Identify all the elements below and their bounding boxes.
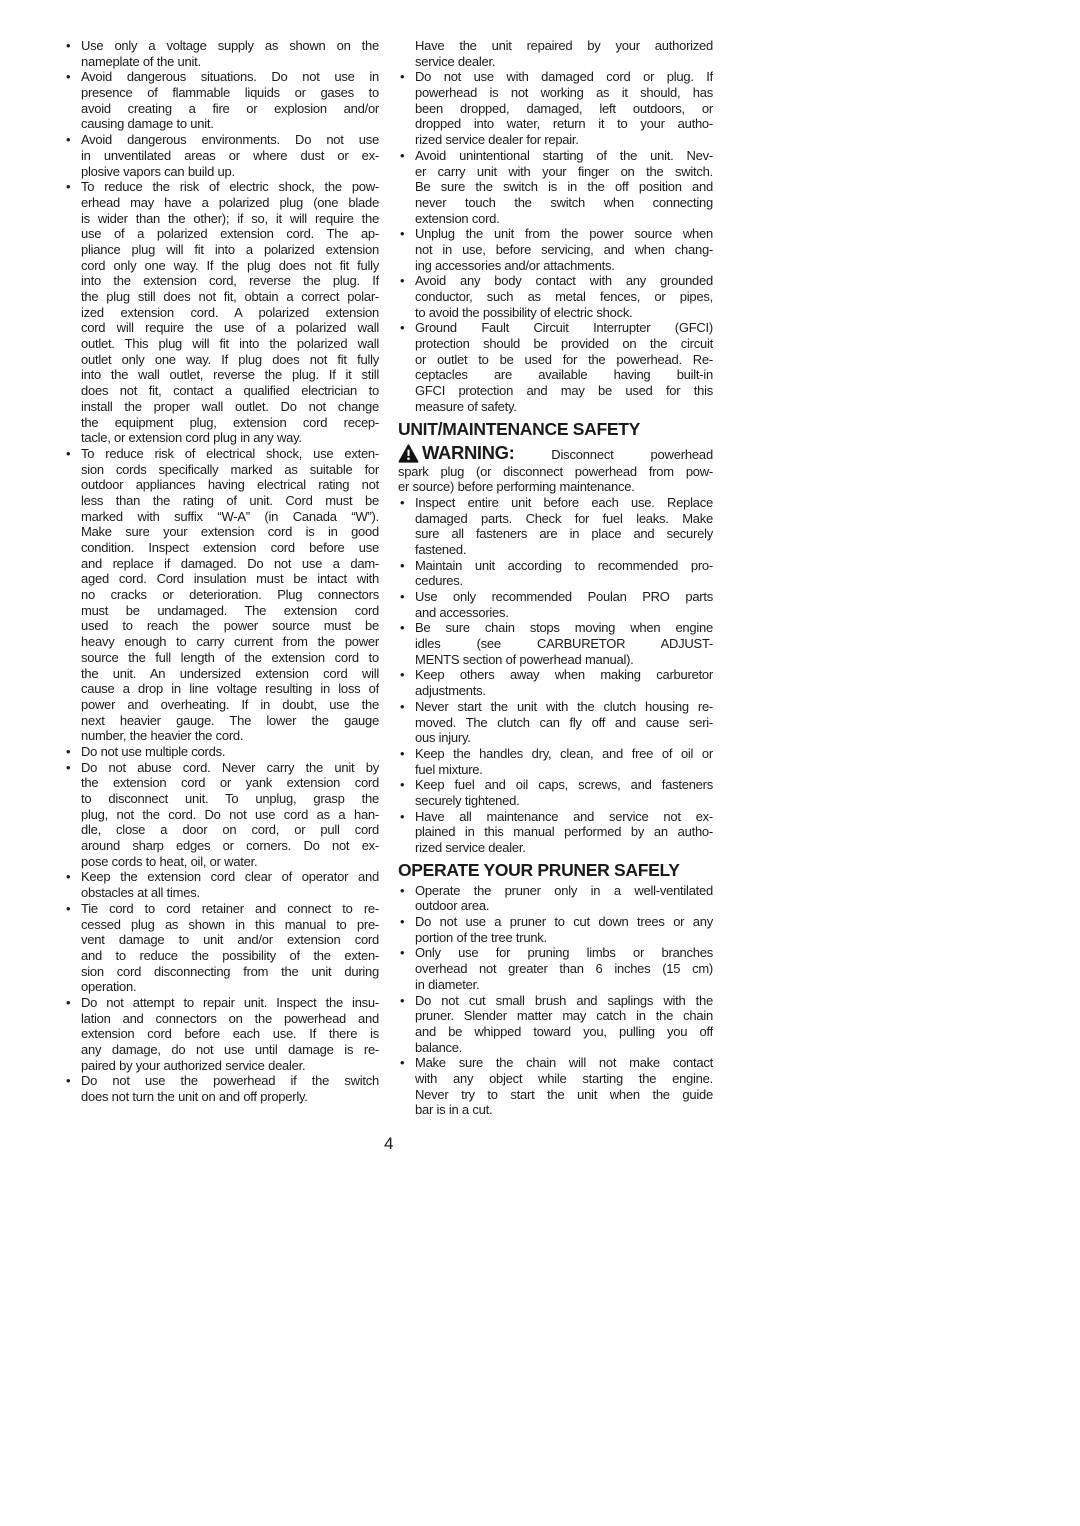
text-line: measure of safety. (415, 399, 713, 415)
bullet-marker: • (64, 69, 81, 85)
bullet-marker: • (64, 1073, 81, 1089)
bullet-item: •Tie cord to cord retainer and connect t… (64, 901, 379, 995)
bullet-item: •Be sure chain stops moving when enginei… (398, 620, 713, 667)
text-line: extension cord before each use. If there… (81, 1026, 379, 1042)
item-text: Keep the extension cord clear of operato… (81, 869, 379, 900)
text-line: balance. (415, 1040, 713, 1056)
bullet-item: •Use only a voltage supply as shown on t… (64, 38, 379, 69)
bullet-item: •Do not use the powerhead if the switchd… (64, 1073, 379, 1104)
text-line: Operate the pruner only in a well-ventil… (415, 883, 713, 899)
text-line: conductor, such as metal fences, or pipe… (415, 289, 713, 305)
bullet-item: •Do not use a pruner to cut down trees o… (398, 914, 713, 945)
warning-triangle-icon (398, 444, 419, 463)
item-text: Do not use a pruner to cut down trees or… (415, 914, 713, 945)
text-line: into the extension cord, reverse the plu… (81, 273, 379, 289)
text-line: Avoid dangerous situations. Do not use i… (81, 69, 379, 85)
bullet-marker: • (64, 760, 81, 776)
text-line: Do not use with damaged cord or plug. If (415, 69, 713, 85)
text-line: to disconnect unit. To unplug, grasp the (81, 791, 379, 807)
text-line: nameplate of the unit. (81, 54, 379, 70)
section-heading: UNIT/MAINTENANCE SAFETY (398, 420, 713, 439)
text-line: never touch the switch when connecting (415, 195, 713, 211)
text-line: Have the unit repaired by your authorize… (415, 38, 713, 54)
bullet-item: •Inspect entire unit before each use. Re… (398, 495, 713, 558)
bullet-marker: • (64, 38, 81, 54)
bullet-item: •Never start the unit with the clutch ho… (398, 699, 713, 746)
text-line: outdoor appliances having electrical rat… (81, 477, 379, 493)
bullet-marker: • (398, 914, 415, 930)
warning-first-line: WARNING: Disconnect powerhead (398, 442, 713, 464)
text-line: damaged parts. Check for fuel leaks. Mak… (415, 511, 713, 527)
text-line: overhead not greater than 6 inches (15 c… (415, 961, 713, 977)
text-line: Be sure the switch is in the off positio… (415, 179, 713, 195)
text-line: presence of flammable liquids or gases t… (81, 85, 379, 101)
bullet-marker: • (398, 273, 415, 289)
bullet-marker: • (398, 558, 415, 574)
text-line: does not fit, contact a qualified electr… (81, 383, 379, 399)
text-line: To reduce risk of electrical shock, use … (81, 446, 379, 462)
text-line: Be sure chain stops moving when engine (415, 620, 713, 636)
text-line: been dropped, damaged, left outdoors, or (415, 101, 713, 117)
bullet-item: •Keep the handles dry, clean, and free o… (398, 746, 713, 777)
text-line: heavy enough to carry current from the p… (81, 634, 379, 650)
item-text: Operate the pruner only in a well-ventil… (415, 883, 713, 914)
item-text: Do not attempt to repair unit. Inspect t… (81, 995, 379, 1073)
text-line: Inspect entire unit before each use. Rep… (415, 495, 713, 511)
text-line: Only use for pruning limbs or branches (415, 945, 713, 961)
text-line: powerhead is not working as it should, h… (415, 85, 713, 101)
text-line: and accessories. (415, 605, 713, 621)
text-line: er source) before performing maintenance… (398, 479, 713, 495)
text-line: is wider than the other); if so, it will… (81, 211, 379, 227)
text-line: Keep fuel and oil caps, screws, and fast… (415, 777, 713, 793)
text-line: ceptacles are available having built-in (415, 367, 713, 383)
item-text: Use only recommended Poulan PRO partsand… (415, 589, 713, 620)
text-line: Use only a voltage supply as shown on th… (81, 38, 379, 54)
text-line: Do not use multiple cords. (81, 744, 379, 760)
text-line: Do not use a pruner to cut down trees or… (415, 914, 713, 930)
bullet-marker: • (398, 809, 415, 825)
text-line: lation and connectors on the powerhead a… (81, 1011, 379, 1027)
text-line: Do not attempt to repair unit. Inspect t… (81, 995, 379, 1011)
section-heading: OPERATE YOUR PRUNER SAFELY (398, 861, 713, 880)
text-line: fuel mixture. (415, 762, 713, 778)
bullet-marker: • (398, 945, 415, 961)
text-line: Avoid any body contact with any grounded (415, 273, 713, 289)
text-line: into the wall outlet, reverse the plug. … (81, 367, 379, 383)
bullet-item: •Only use for pruning limbs or brancheso… (398, 945, 713, 992)
text-line: adjustments. (415, 683, 713, 699)
text-line: er carry unit with your finger on the sw… (415, 164, 713, 180)
text-line: vent damage to unit and/or extension cor… (81, 932, 379, 948)
bullet-marker: • (398, 667, 415, 683)
text-line: causing damage to unit. (81, 116, 379, 132)
bullet-item: •Have all maintenance and service not ex… (398, 809, 713, 856)
text-line: the unit. An undersized extension cord w… (81, 666, 379, 682)
bullet-item: •Do not attempt to repair unit. Inspect … (64, 995, 379, 1073)
item-text: Make sure the chain will not make contac… (415, 1055, 713, 1118)
text-line: Make sure the chain will not make contac… (415, 1055, 713, 1071)
bullet-item: •Keep the extension cord clear of operat… (64, 869, 379, 900)
bullet-marker: • (398, 226, 415, 242)
bullet-item: •Do not use multiple cords. (64, 744, 379, 760)
text-line: rized service dealer for repair. (415, 132, 713, 148)
bullet-marker: • (64, 995, 81, 1011)
item-text: Tie cord to cord retainer and connect to… (81, 901, 379, 995)
text-line: the equipment plug, extension cord recep… (81, 415, 379, 431)
bullet-item: •Keep fuel and oil caps, screws, and fas… (398, 777, 713, 808)
bullet-marker: • (398, 620, 415, 636)
text-line: Avoid unintentional starting of the unit… (415, 148, 713, 164)
bullet-marker: • (398, 777, 415, 793)
continuation-paragraph: Have the unit repaired by your authorize… (398, 38, 713, 69)
text-line: Do not use the powerhead if the switch (81, 1073, 379, 1089)
text-line: bar is in a cut. (415, 1102, 713, 1118)
text-line: the extension cord or yank extension cor… (81, 775, 379, 791)
text-line: dle, close a door on cord, or pull cord (81, 822, 379, 838)
text-line: moved. The clutch can fly off and cause … (415, 715, 713, 731)
bullet-item: •Avoid unintentional starting of the uni… (398, 148, 713, 226)
text-line: portion of the tree trunk. (415, 930, 713, 946)
text-line: service dealer. (415, 54, 713, 70)
text-line: source the full length of the extension … (81, 650, 379, 666)
bullet-marker: • (64, 132, 81, 148)
text-line: GFCI protection and may be used for this (415, 383, 713, 399)
warning-label: WARNING: (422, 442, 514, 463)
text-line: Use only recommended Poulan PRO parts (415, 589, 713, 605)
bullet-marker: • (398, 320, 415, 336)
text-line: pruner. Slender matter may catch in the … (415, 1008, 713, 1024)
bullet-item: •Do not cut small brush and saplings wit… (398, 993, 713, 1056)
text-line: Tie cord to cord retainer and connect to… (81, 901, 379, 917)
text-line: Have all maintenance and service not ex- (415, 809, 713, 825)
item-text: Ground Fault Circuit Interrupter (GFCI)p… (415, 320, 713, 414)
text-line: in unventilated areas or where dust or e… (81, 148, 379, 164)
text-line: marked with suffix “W-A” (in Canada “W”)… (81, 509, 379, 525)
text-line: Maintain unit according to recommended p… (415, 558, 713, 574)
text-line: rized service dealer. (415, 840, 713, 856)
item-text: Do not abuse cord. Never carry the unit … (81, 760, 379, 870)
bullet-item: •Make sure the chain will not make conta… (398, 1055, 713, 1118)
text-line: sure all fasteners are in place and secu… (415, 526, 713, 542)
bullet-marker: • (64, 869, 81, 885)
item-text: Do not use with damaged cord or plug. If… (415, 69, 713, 147)
text-line: outlet only one way. If plug does not fi… (81, 352, 379, 368)
item-text: Use only a voltage supply as shown on th… (81, 38, 379, 69)
text-line: not in use, before servicing, and when c… (415, 242, 713, 258)
text-line: tacle, or extension cord plug in any way… (81, 430, 379, 446)
text-line: pose cords to heat, oil, or water. (81, 854, 379, 870)
text-line: Unplug the unit from the power source wh… (415, 226, 713, 242)
bullet-marker: • (64, 179, 81, 195)
text-line: idles (see CARBURETOR ADJUST- (415, 636, 713, 652)
bullet-item: •Avoid dangerous environments. Do not us… (64, 132, 379, 179)
text-line: sion cords specifically marked as suitab… (81, 462, 379, 478)
text-line: no cracks or deterioration. Plug connect… (81, 587, 379, 603)
text-line: number, the heavier the cord. (81, 728, 379, 744)
text-line: spark plug (or disconnect powerhead from… (398, 464, 713, 480)
text-line: To reduce the risk of electric shock, th… (81, 179, 379, 195)
item-text: Do not use the powerhead if the switchdo… (81, 1073, 379, 1104)
bullet-marker: • (398, 699, 415, 715)
text-line: cessed plug as shown in this manual to p… (81, 917, 379, 933)
text-line: cause a drop in line voltage resulting i… (81, 681, 379, 697)
bullet-item: •Do not use with damaged cord or plug. I… (398, 69, 713, 147)
text-line: cedures. (415, 573, 713, 589)
item-text: To reduce the risk of electric shock, th… (81, 179, 379, 446)
text-line: erhead may have a polarized plug (one bl… (81, 195, 379, 211)
text-line: aged cord. Cord insulation must be intac… (81, 571, 379, 587)
bullet-marker: • (398, 148, 415, 164)
item-text: Keep fuel and oil caps, screws, and fast… (415, 777, 713, 808)
text-line: Make sure your extension cord is in good (81, 524, 379, 540)
text-line: Do not cut small brush and saplings with… (415, 993, 713, 1009)
text-line: in diameter. (415, 977, 713, 993)
bullet-item: •Do not abuse cord. Never carry the unit… (64, 760, 379, 870)
bullet-marker: • (398, 589, 415, 605)
text-line: install the proper wall outlet. Do not c… (81, 399, 379, 415)
item-text: Avoid unintentional starting of the unit… (415, 148, 713, 226)
bullet-item: •Avoid dangerous situations. Do not use … (64, 69, 379, 132)
bullet-marker: • (398, 746, 415, 762)
warning-block: WARNING: Disconnect powerheadspark plug … (398, 442, 713, 495)
text-line: ous injury. (415, 730, 713, 746)
item-text: To reduce risk of electrical shock, use … (81, 446, 379, 744)
bullet-item: •Keep others away when making carburetor… (398, 667, 713, 698)
item-text: Have all maintenance and service not ex-… (415, 809, 713, 856)
bullet-item: •To reduce risk of electrical shock, use… (64, 446, 379, 744)
text-line: outdoor area. (415, 898, 713, 914)
item-text: Avoid dangerous situations. Do not use i… (81, 69, 379, 132)
manual-page: •Use only a voltage supply as shown on t… (0, 0, 1080, 1526)
item-text: Avoid any body contact with any grounded… (415, 273, 713, 320)
text-line: operation. (81, 979, 379, 995)
text-line: cord only one way. If the plug does not … (81, 258, 379, 274)
item-text: Be sure chain stops moving when engineid… (415, 620, 713, 667)
text-line: any damage, do not use until damage is r… (81, 1042, 379, 1058)
text-line: and to reduce the possibility of the ext… (81, 948, 379, 964)
text-line: less than the rating of unit. Cord must … (81, 493, 379, 509)
text-line: Ground Fault Circuit Interrupter (GFCI) (415, 320, 713, 336)
text-line: MENTS section of powerhead manual). (415, 652, 713, 668)
item-text: Maintain unit according to recommended p… (415, 558, 713, 589)
text-line: use of a polarized extension cord. The a… (81, 226, 379, 242)
text-line: avoid creating a fire or explosion and/o… (81, 101, 379, 117)
bullet-item: •Use only recommended Poulan PRO partsan… (398, 589, 713, 620)
text-line: plug, not the cord. Do not use cord as a… (81, 807, 379, 823)
item-text: Keep the handles dry, clean, and free of… (415, 746, 713, 777)
bullet-marker: • (398, 69, 415, 85)
text-line: Do not abuse cord. Never carry the unit … (81, 760, 379, 776)
bullet-item: •Avoid any body contact with any grounde… (398, 273, 713, 320)
text-line: plained in this manual performed by an a… (415, 824, 713, 840)
bullet-item: •Unplug the unit from the power source w… (398, 226, 713, 273)
bullet-marker: • (64, 744, 81, 760)
text-line: with any object while starting the engin… (415, 1071, 713, 1087)
text-line: outlet. This plug will fit into the pola… (81, 336, 379, 352)
text-line: and replace if damaged. Do not use a dam… (81, 556, 379, 572)
item-text: Do not use multiple cords. (81, 744, 379, 760)
text-line: extension cord. (415, 211, 713, 227)
text-line: and be whipped toward you, pulling you o… (415, 1024, 713, 1040)
bullet-item: •Operate the pruner only in a well-venti… (398, 883, 713, 914)
bullet-item: •To reduce the risk of electric shock, t… (64, 179, 379, 446)
item-text: Never start the unit with the clutch hou… (415, 699, 713, 746)
text-line: pliance plug will fit into a polarized e… (81, 242, 379, 258)
item-text: Keep others away when making carburetora… (415, 667, 713, 698)
page-number: 4 (384, 1134, 393, 1154)
text-line: does not turn the unit on and off proper… (81, 1089, 379, 1105)
text-line: ing accessories and/or attachments. (415, 258, 713, 274)
bullet-marker: • (398, 1055, 415, 1071)
text-line: Never try to start the unit when the gui… (415, 1087, 713, 1103)
text-line: obstacles at all times. (81, 885, 379, 901)
item-text: Avoid dangerous environments. Do not use… (81, 132, 379, 179)
item-text: Do not cut small brush and saplings with… (415, 993, 713, 1056)
bullet-marker: • (64, 901, 81, 917)
text-line: the plug still does not fit, obtain a co… (81, 289, 379, 305)
text-line: or outlet to be used for the powerhead. … (415, 352, 713, 368)
text-line: Keep the extension cord clear of operato… (81, 869, 379, 885)
text-line: protection should be provided on the cir… (415, 336, 713, 352)
text-line: next heavier gauge. The lower the gauge (81, 713, 379, 729)
text-line: dropped into water, return it to your au… (415, 116, 713, 132)
item-text: Have the unit repaired by your authorize… (415, 38, 713, 69)
text-line: Never start the unit with the clutch hou… (415, 699, 713, 715)
text-line: to avoid the possibility of electric sho… (415, 305, 713, 321)
left-column: •Use only a voltage supply as shown on t… (64, 38, 379, 1105)
bullet-item: •Ground Fault Circuit Interrupter (GFCI)… (398, 320, 713, 414)
text-line: sion cord disconnecting from the unit du… (81, 964, 379, 980)
text-line: Keep others away when making carburetor (415, 667, 713, 683)
bullet-marker: • (398, 883, 415, 899)
text-line: must be undamaged. The extension cord (81, 603, 379, 619)
text-line: Avoid dangerous environments. Do not use (81, 132, 379, 148)
text-line: fastened. (415, 542, 713, 558)
text-line: Keep the handles dry, clean, and free of… (415, 746, 713, 762)
item-text: Unplug the unit from the power source wh… (415, 226, 713, 273)
item-text: Inspect entire unit before each use. Rep… (415, 495, 713, 558)
text-line: paired by your authorized service dealer… (81, 1058, 379, 1074)
text-line: securely tightened. (415, 793, 713, 809)
text-line: ized extension cord. A polarized extensi… (81, 305, 379, 321)
bullet-marker: • (398, 993, 415, 1009)
bullet-marker: • (64, 446, 81, 462)
text-line: around sharp edges or corners. Do not ex… (81, 838, 379, 854)
bullet-marker: • (398, 495, 415, 511)
text-line: used to reach the power source must be (81, 618, 379, 634)
right-column: Have the unit repaired by your authorize… (398, 38, 713, 1118)
text-line: condition. Inspect extension cord before… (81, 540, 379, 556)
item-text: Only use for pruning limbs or branchesov… (415, 945, 713, 992)
text-line: power and overheating. If in doubt, use … (81, 697, 379, 713)
bullet-item: •Maintain unit according to recommended … (398, 558, 713, 589)
text-line: cord will require the use of a polarized… (81, 320, 379, 336)
text-line: plosive vapors can build up. (81, 164, 379, 180)
